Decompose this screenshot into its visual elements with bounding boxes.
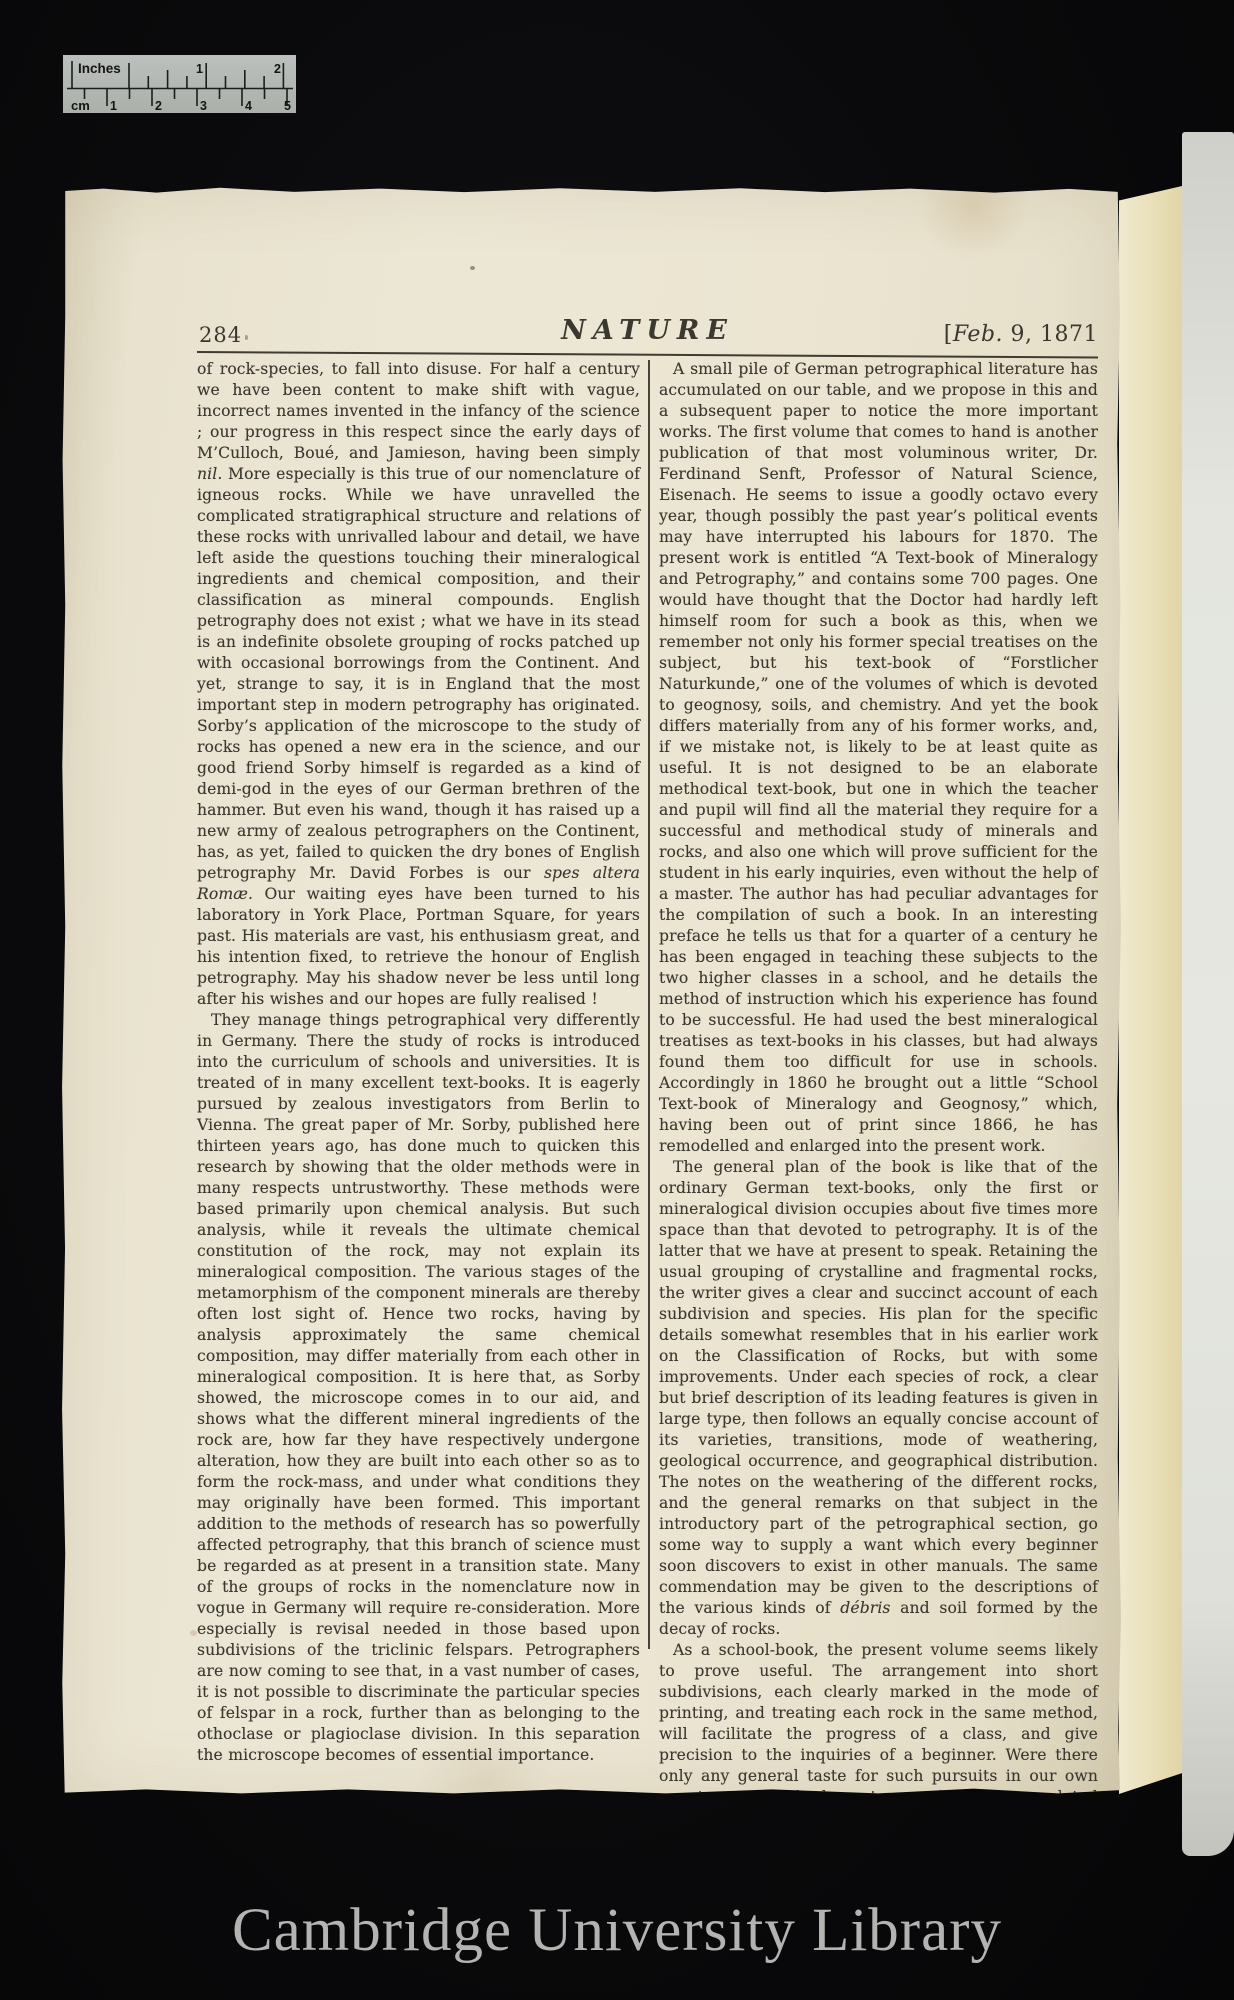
paper-stain (190, 1630, 197, 1636)
ruler-inch-number-1: 1 (196, 62, 203, 76)
page-header: 284 NATURE [Feb. 9, 1871 (197, 311, 1098, 347)
paragraph: A small pile of German petrographical li… (659, 359, 1098, 1157)
article-body: of rock-species, to fall into disuse. Fo… (197, 359, 1098, 1850)
ruler-cm-label: cm (71, 98, 90, 113)
library-watermark: Cambridge University Library (0, 1896, 1234, 1966)
ruler-cm-number-4: 4 (245, 99, 252, 113)
scanned-page: 284 NATURE [Feb. 9, 1871 of rock-species… (61, 187, 1122, 1795)
italic-phrase: débris (840, 1599, 890, 1617)
text-segment: The general plan of the book is like tha… (659, 1158, 1098, 1617)
ruler-inches-label: Inches (78, 61, 121, 76)
ruler-graphic: Inches 1 2 cm 1 (63, 55, 296, 113)
book-cradle-edge (1182, 132, 1234, 1856)
book-page-edges (1119, 186, 1182, 1794)
left-column: of rock-species, to fall into disuse. Fo… (197, 359, 640, 1766)
paper-speck (470, 266, 475, 270)
paragraph: As a school-book, the present volume see… (659, 1640, 1098, 1850)
text-segment: A small pile of German petrographical li… (659, 360, 1098, 1155)
text-segment: Our waiting eyes have been turned to his… (197, 885, 640, 1008)
paragraph: of rock-species, to fall into disuse. Fo… (197, 359, 640, 1010)
ruler-inch-number-2: 2 (274, 62, 281, 76)
ruler-cm-number-5: 5 (284, 99, 291, 113)
ruler-cm-number-3: 3 (200, 99, 207, 113)
text-segment: of rock-species, to fall into disuse. Fo… (197, 360, 640, 462)
paragraph: The general plan of the book is like tha… (659, 1157, 1098, 1640)
ruler-cm-number-1: 1 (110, 99, 117, 113)
text-segment: More especially is this true of our nome… (197, 465, 640, 882)
paragraph: They manage things petrographical very d… (197, 1010, 640, 1766)
measurement-ruler: Inches 1 2 cm 1 (63, 55, 296, 113)
issue-date-month: Feb. (953, 322, 1003, 347)
issue-date-rest: 9, 1871 (1003, 322, 1098, 347)
issue-date-bracket: [ (944, 322, 953, 347)
text-segment: They manage things petrographical very d… (197, 1011, 640, 1764)
column-divider (648, 360, 650, 1649)
text-segment: As a school-book, the present volume see… (659, 1641, 1098, 1848)
header-rule (197, 351, 1098, 359)
ruler-cm-number-2: 2 (155, 99, 162, 113)
italic-phrase: nil. (197, 465, 222, 483)
issue-date: [Feb. 9, 1871 (944, 322, 1098, 347)
right-column: A small pile of German petrographical li… (659, 359, 1098, 1850)
book-scan-surface: { "colors": { "paper": "#e9e4d1", "backg… (0, 0, 1234, 2000)
